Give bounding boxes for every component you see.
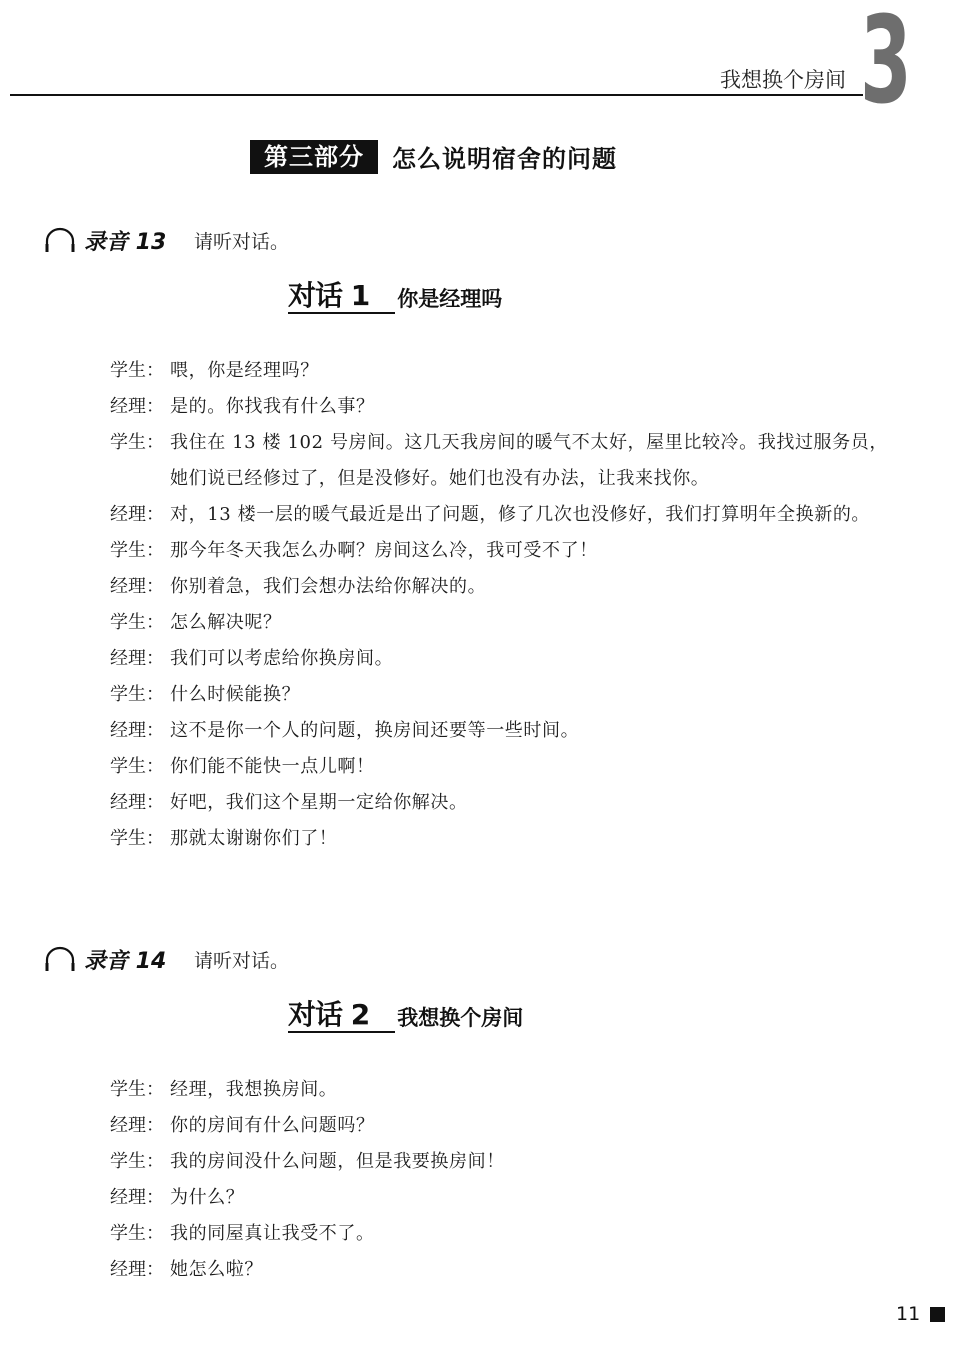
speaker-label: 学生： [110,1144,170,1180]
dialogue-line: 经理：对，13 楼一层的暖气最近是出了问题，修了几次也没修好，我们打算明年全换新… [110,497,890,533]
utterance: 你的房间有什么问题吗？ [170,1108,890,1144]
dialogue-line: 经理：你别着急，我们会想办法给你解决的。 [110,569,890,605]
dialogue-line: 经理：是的。你找我有什么事？ [110,389,890,425]
headphone-icon [44,227,76,253]
utterance: 我的同屋真让我受不了。 [170,1216,890,1252]
utterance: 是的。你找我有什么事？ [170,389,890,425]
recording-label: 录音 14 [84,944,194,975]
dialogue-line: 学生：那今年冬天我怎么办啊？房间这么冷，我可受不了！ [110,533,890,569]
speaker-label: 经理： [110,1252,170,1288]
speaker-label: 学生： [110,749,170,785]
utterance: 她怎么啦？ [170,1252,890,1288]
audio-prompt-14: 录音 14 请听对话。 [44,944,289,974]
recording-label: 录音 13 [84,225,194,256]
utterance: 喂，你是经理吗？ [170,353,890,389]
speaker-label: 学生： [110,353,170,389]
utterance: 这不是你一个人的问题，换房间还要等一些时间。 [170,713,890,749]
dialogue-line: 学生：我的房间没什么问题，但是我要换房间！ [110,1144,890,1180]
chapter-number: 3 [860,2,909,122]
dialogue-line: 学生：经理，我想换房间。 [110,1072,890,1108]
utterance: 我们可以考虑给你换房间。 [170,641,890,677]
utterance: 对，13 楼一层的暖气最近是出了问题，修了几次也没修好，我们打算明年全换新的。 [170,497,890,533]
dialogue-line: 学生：你们能不能快一点儿啊！ [110,749,890,785]
running-title: 我想换个房间 [720,64,846,94]
speaker-label: 经理： [110,1108,170,1144]
dialogue-line: 学生：那就太谢谢你们了！ [110,821,890,857]
audio-prompt-13: 录音 13 请听对话。 [44,225,289,255]
dialogue-heading: 对话 1 [288,280,395,314]
utterance: 你别着急，我们会想办法给你解决的。 [170,569,890,605]
utterance: 我的房间没什么问题，但是我要换房间！ [170,1144,890,1180]
speaker-label: 经理： [110,713,170,749]
speaker-label: 经理： [110,641,170,677]
speaker-label: 学生： [110,425,170,497]
dialogue-subtitle: 我想换个房间 [397,1003,523,1033]
speaker-label: 经理： [110,1180,170,1216]
dialogue-line: 经理：我们可以考虑给你换房间。 [110,641,890,677]
utterance: 怎么解决呢？ [170,605,890,641]
dialogue-line: 经理：她怎么啦？ [110,1252,890,1288]
page-marker-square [930,1307,945,1322]
speaker-label: 经理： [110,569,170,605]
dialogue-line: 学生：我的同屋真让我受不了。 [110,1216,890,1252]
speaker-label: 学生： [110,677,170,713]
dialogue-line: 经理：你的房间有什么问题吗？ [110,1108,890,1144]
dialogue-line: 学生：什么时候能换？ [110,677,890,713]
dialogue-line: 学生：喂，你是经理吗？ [110,353,890,389]
headphone-icon [44,946,76,972]
dialogue-line: 学生：我住在 13 楼 102 号房间。这几天我房间的暖气不太好，屋里比较冷。我… [110,425,890,497]
page-number: 11 [896,1303,920,1325]
utterance: 好吧，我们这个星期一定给你解决。 [170,785,890,821]
dialogue-line: 学生：怎么解决呢？ [110,605,890,641]
dialogue-line: 经理：好吧，我们这个星期一定给你解决。 [110,785,890,821]
speaker-label: 经理： [110,785,170,821]
recording-instruction: 请听对话。 [194,227,289,254]
speaker-label: 学生： [110,605,170,641]
section-banner: 第三部分 怎么说明宿舍的问题 [250,139,617,174]
utterance: 那就太谢谢你们了！ [170,821,890,857]
utterance: 为什么？ [170,1180,890,1216]
speaker-label: 学生： [110,1072,170,1108]
section-title: 怎么说明宿舍的问题 [392,139,617,174]
utterance: 你们能不能快一点儿啊！ [170,749,890,785]
dialogue-2: 学生：经理，我想换房间。 经理：你的房间有什么问题吗？ 学生：我的房间没什么问题… [110,1072,890,1288]
dialogue-line: 经理：这不是你一个人的问题，换房间还要等一些时间。 [110,713,890,749]
utterance: 什么时候能换？ [170,677,890,713]
speaker-label: 学生： [110,821,170,857]
recording-instruction: 请听对话。 [194,946,289,973]
dialogue-subtitle: 你是经理吗 [397,284,502,314]
speaker-label: 经理： [110,389,170,425]
utterance: 那今年冬天我怎么办啊？房间这么冷，我可受不了！ [170,533,890,569]
utterance: 经理，我想换房间。 [170,1072,890,1108]
dialogue-line: 经理：为什么？ [110,1180,890,1216]
dialogue-title-2: 对话 2 我想换个房间 [288,999,523,1033]
speaker-label: 学生： [110,1216,170,1252]
dialogue-1: 学生：喂，你是经理吗？ 经理：是的。你找我有什么事？ 学生：我住在 13 楼 1… [110,353,890,857]
section-part-label: 第三部分 [250,140,378,174]
dialogue-title-1: 对话 1 你是经理吗 [288,280,502,314]
dialogue-heading: 对话 2 [288,999,395,1033]
speaker-label: 经理： [110,497,170,533]
utterance: 我住在 13 楼 102 号房间。这几天我房间的暖气不太好，屋里比较冷。我找过服… [170,425,890,497]
header-rule [10,94,863,96]
speaker-label: 学生： [110,533,170,569]
